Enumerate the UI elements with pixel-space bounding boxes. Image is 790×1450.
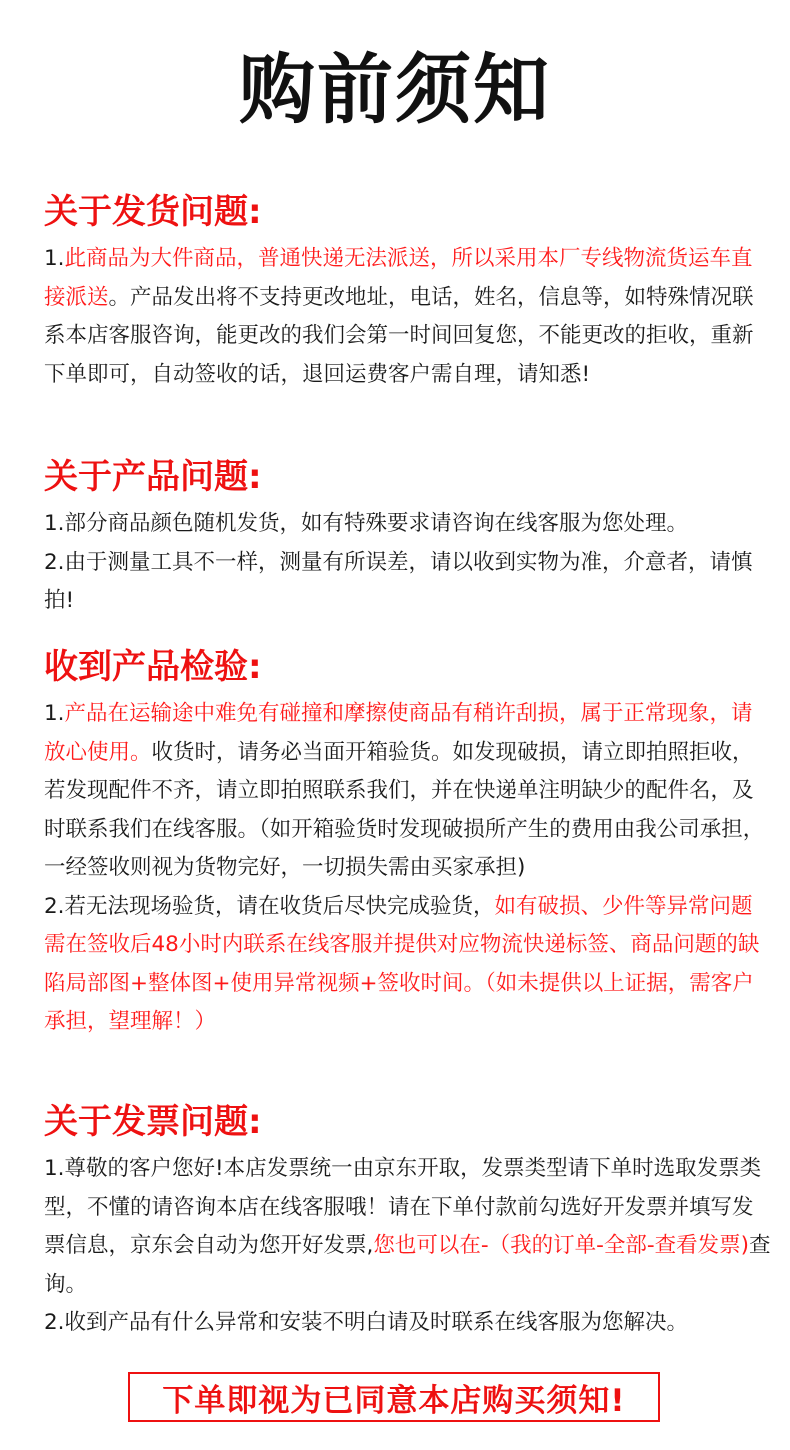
text-run-highlight: 您也可以在-（我的订单-全部-查看发票) xyxy=(373,1233,749,1258)
paragraph: 1.此商品为大件商品，普通快递无法派送，所以采用本厂专线物流货运车直接派送。产品… xyxy=(44,240,774,394)
text-run: 2.由于测量工具不一样，测量有所误差，请以收到实物为准，介意者，请慎拍! xyxy=(44,550,753,614)
text-run: 1.部分商品颜色随机发货，如有特殊要求请咨询在线客服为您处理。 xyxy=(44,511,688,536)
section-inspection: 收到产品检验: 1.产品在运输途中难免有碰撞和摩擦使商品有稍许刮损，属于正常现象… xyxy=(44,645,774,1042)
page-title: 购前须知 xyxy=(0,40,790,140)
text-run: 1. xyxy=(44,701,65,726)
paragraph: 2.若无法现场验货，请在收货后尽快完成验货，如有破损、少件等异常问题需在签收后4… xyxy=(44,888,774,1042)
section-heading: 关于发货问题: xyxy=(44,190,774,234)
text-run: 2.若无法现场验货，请在收货后尽快完成验货， xyxy=(44,894,495,919)
paragraph: 1.尊敬的客户您好!本店发票统一由京东开取，发票类型请下单时选取发票类型，不懂的… xyxy=(44,1150,774,1304)
agreement-notice-box: 下单即视为已同意本店购买须知! xyxy=(128,1372,660,1422)
text-run: 2.收到产品有什么异常和安装不明白请及时联系在线客服为您解决。 xyxy=(44,1310,688,1335)
paragraph: 2.由于测量工具不一样，测量有所误差，请以收到实物为准，介意者，请慎拍! xyxy=(44,544,774,621)
paragraph: 1.部分商品颜色随机发货，如有特殊要求请咨询在线客服为您处理。 xyxy=(44,505,774,544)
text-run: 。产品发出将不支持更改地址，电话，姓名，信息等，如特殊情况联系本店客服咨询，能更… xyxy=(44,285,754,387)
text-run: 1. xyxy=(44,246,65,271)
section-heading: 关于发票问题: xyxy=(44,1100,774,1144)
text-run: 收货时，请务必当面开箱验货。如发现破损，请立即拍照拒收，若发现配件不齐，请立即拍… xyxy=(44,740,764,881)
paragraph: 1.产品在运输途中难免有碰撞和摩擦使商品有稍许刮损，属于正常现象，请放心使用。收… xyxy=(44,695,774,888)
section-heading: 关于产品问题: xyxy=(44,455,774,499)
section-shipping: 关于发货问题: 1.此商品为大件商品，普通快递无法派送，所以采用本厂专线物流货运… xyxy=(44,190,774,394)
paragraph: 2.收到产品有什么异常和安装不明白请及时联系在线客服为您解决。 xyxy=(44,1304,774,1343)
agreement-notice-text: 下单即视为已同意本店购买须知! xyxy=(162,1375,625,1420)
section-product: 关于产品问题: 1.部分商品颜色随机发货，如有特殊要求请咨询在线客服为您处理。 … xyxy=(44,455,774,621)
section-invoice: 关于发票问题: 1.尊敬的客户您好!本店发票统一由京东开取，发票类型请下单时选取… xyxy=(44,1100,774,1343)
section-heading: 收到产品检验: xyxy=(44,645,774,689)
